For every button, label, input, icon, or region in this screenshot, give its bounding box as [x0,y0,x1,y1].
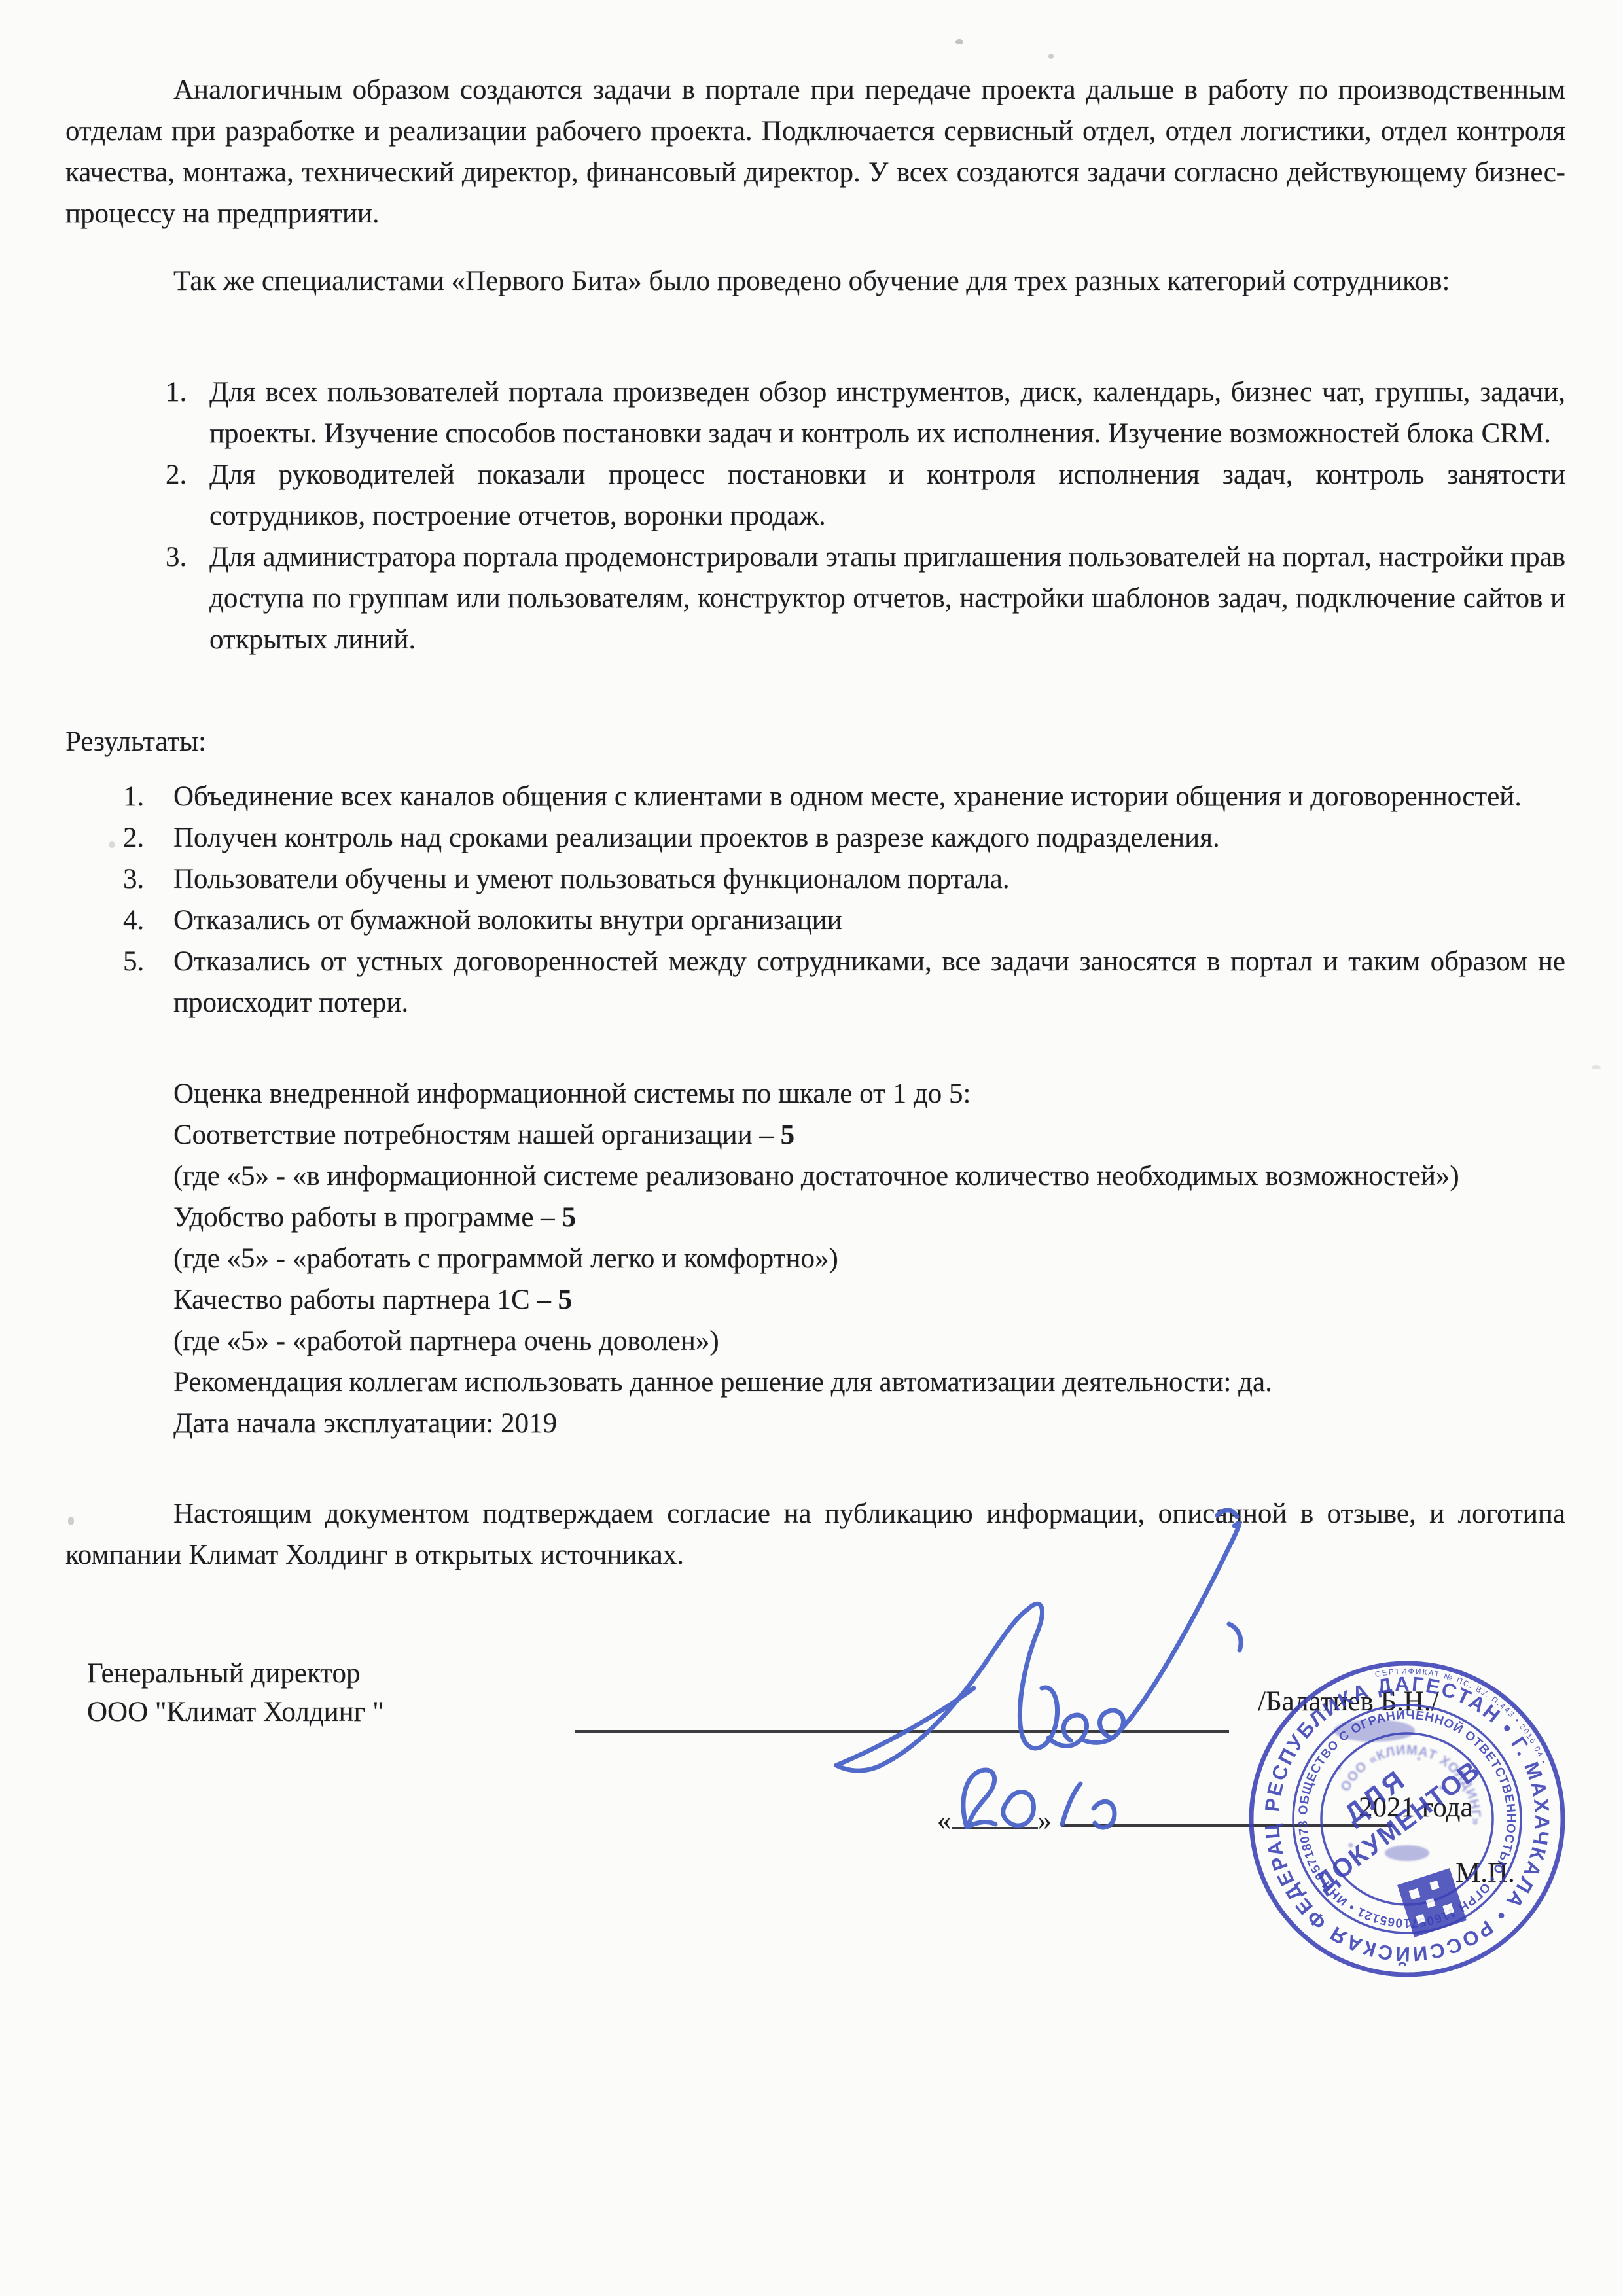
scan-speck [1592,1065,1601,1069]
assessment-fit-value: 5 [781,1120,795,1150]
list-item-text: Отказались от бумажной волокиты внутри о… [173,900,1565,941]
paragraph-text: Настоящим документом подтверждаем соглас… [65,1493,1565,1576]
intro-paragraph: Аналогичным образом создаются задачи в п… [65,69,1565,234]
list-item: 4. Отказались от бумажной волокиты внутр… [123,900,1565,941]
handwritten-month-stroke [1062,1784,1080,1824]
signatory-company: ООО "Климат Холдинг " [87,1693,384,1731]
assessment-block: Оценка внедренной информационной системы… [65,1073,1565,1444]
list-item: 3. Для администратора портала продемонст… [166,537,1565,660]
assessment-recommendation: Рекомендация коллегам использовать данно… [65,1362,1565,1403]
signature-stroke [1217,1510,1237,1517]
list-item-number: 4. [123,900,173,941]
list-item-text: Получен контроль над сроками реализации … [173,817,1565,858]
scan-speck [955,39,963,44]
list-item-text: Для всех пользователей портала произведе… [209,372,1565,454]
paragraph-text: Аналогичным образом создаются задачи в п… [65,69,1565,234]
list-item: 2. Для руководителей показали процесс по… [166,454,1565,537]
assessment-fit-note: (где «5» - «в информационной системе реа… [65,1156,1565,1197]
list-item-text: Отказались от устных договоренностей меж… [173,941,1565,1023]
assessment-intro: Оценка внедренной информационной системы… [65,1073,1565,1114]
scan-speck [68,1517,74,1525]
list-item: 5. Отказались от устных договоренностей … [123,941,1565,1023]
list-item-text: Для руководителей показали процесс поста… [209,454,1565,537]
assessment-partner-note: (где «5» - «работой партнера очень довол… [65,1320,1565,1362]
assessment-partner-value: 5 [558,1284,573,1315]
scanned-document-page: Аналогичным образом создаются задачи в п… [0,0,1623,2296]
assessment-usability-note: (где «5» - «работать с программой легко … [65,1238,1565,1279]
list-item-number: 3. [123,858,173,900]
assessment-usability-value: 5 [562,1202,576,1233]
scan-speck [1048,54,1054,59]
training-list: 1. Для всех пользователей портала произв… [166,372,1565,660]
list-item: 1. Объединение всех каналов общения с кл… [123,776,1565,817]
assessment-partner-line: Качество работы партнера 1С – 5 [65,1279,1565,1320]
list-item-number: 2. [166,454,209,495]
assessment-fit-line: Соответствие потребностям нашей организа… [65,1114,1565,1156]
list-item-text: Пользователи обучены и умеют пользоватьс… [173,858,1565,900]
paragraph-text: Так же специалистами «Первого Бита» было… [65,260,1565,302]
list-item-text: Объединение всех каналов общения с клиен… [173,776,1565,817]
signatory-title-block: Генеральный директор ООО "Климат Холдинг… [87,1654,384,1731]
list-item: 1. Для всех пользователей портала произв… [166,372,1565,454]
list-item-number: 3. [166,537,209,578]
assessment-partner-label: Качество работы партнера 1С – [173,1284,558,1315]
closing-paragraph: Настоящим документом подтверждаем соглас… [65,1493,1565,1576]
assessment-usability-line: Удобство работы в программе – 5 [65,1197,1565,1238]
assessment-usability-label: Удобство работы в программе – [173,1202,562,1233]
handwritten-signature [818,1492,1276,1806]
list-item-number: 5. [123,941,173,982]
results-list: 1. Объединение всех каналов общения с кл… [123,776,1565,1023]
handwritten-day-digit-0 [1003,1792,1034,1826]
list-item: 2. Получен контроль над сроками реализац… [123,817,1565,858]
scan-speck [109,841,115,848]
list-item-number: 1. [123,776,173,817]
list-item-number: 2. [123,817,173,858]
training-intro-paragraph: Так же специалистами «Первого Бита» было… [65,260,1565,302]
results-heading: Результаты: [65,721,1565,762]
signature-stroke [836,1604,1058,1771]
results-heading-block: Результаты: [65,721,1565,762]
handwritten-month-loop [1094,1801,1115,1828]
handwritten-day-digit-2 [963,1770,995,1827]
signatory-position: Генеральный директор [87,1654,384,1693]
company-round-stamp: СЕРТИФИКАТ № ПС. ВУ. П.443 • 2016.04 • Р… [1211,1623,1603,2015]
signature-stroke [836,1688,974,1765]
list-item-number: 1. [166,372,209,413]
list-item-text: Для администратора портала продемонстрир… [209,537,1565,660]
list-item: 3. Пользователи обучены и умеют пользова… [123,858,1565,900]
assessment-start-date: Дата начала эксплуатации: 2019 [65,1403,1565,1444]
handwritten-date-marks [933,1760,1168,1858]
assessment-fit-label: Соответствие потребностям нашей организа… [173,1120,781,1150]
